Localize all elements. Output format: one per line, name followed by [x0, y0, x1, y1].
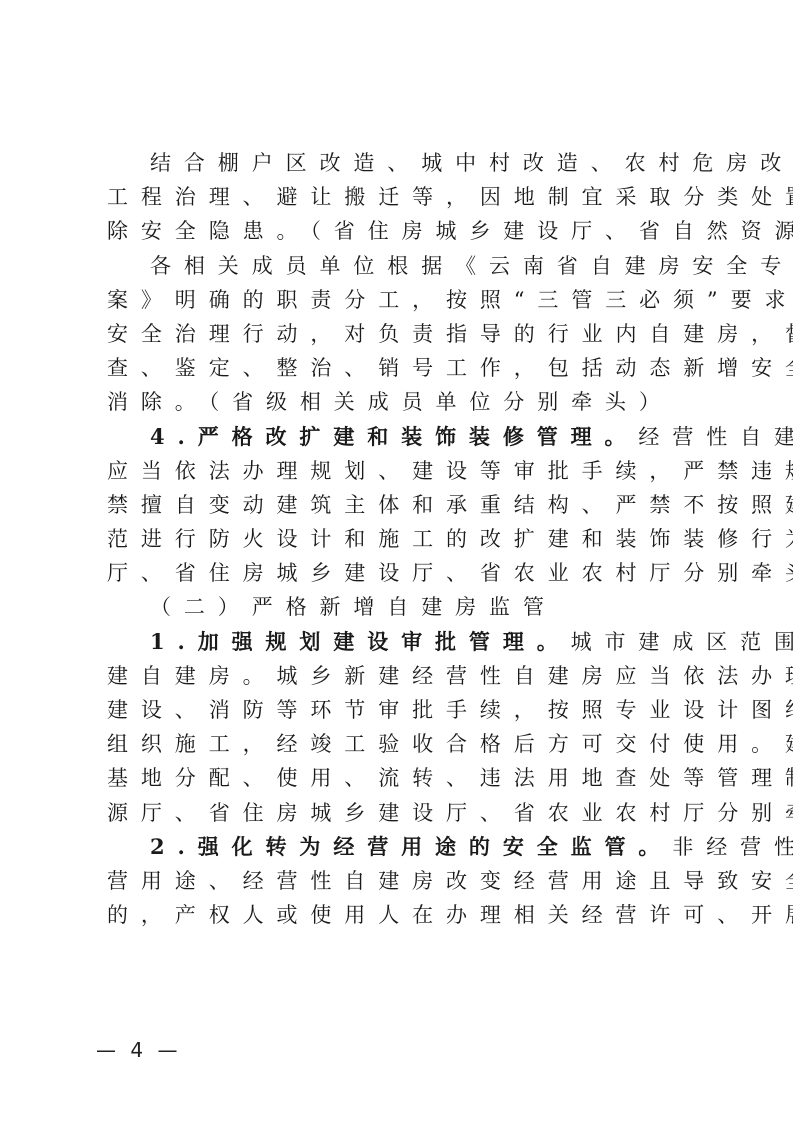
text-line: 各相关成员单位根据《云南省自建房安全专项整治实施方: [107, 249, 697, 283]
paragraph: 各相关成员单位根据《云南省自建房安全专项整治实施方 案》明确的职责分工，按照“三…: [107, 249, 697, 420]
text-line: 建设、消防等环节审批手续，按照专业设计图纸或标准设计图: [107, 693, 697, 727]
section-heading: （二）严格新增自建房监管: [107, 590, 697, 624]
paragraph-lead-heading: 2.强化转为经营用途的安全监管。: [150, 834, 672, 859]
text-line: 范进行防火设计和施工的改扩建和装饰装修行为。（省自然资源: [107, 522, 697, 556]
text-line: 的，产权人或使用人在办理相关经营许可、开展经营活动前，: [107, 898, 697, 932]
paragraph-first-line-rest: 非经营性自建房转为经: [672, 835, 793, 859]
text-line: 4.严格改扩建和装饰装修管理。经营性自建房改建、扩建，: [107, 420, 697, 454]
document-body: 结合棚户区改造、城中村改造、农村危房改造、地质灾害 工程治理、避让搬迁等，因地制…: [107, 146, 697, 932]
text-line: 源厅、省住房城乡建设厅、省农业农村厅分别牵头）: [107, 796, 697, 830]
text-line: 建自建房。城乡新建经营性自建房应当依法办理用地、规划、: [107, 659, 697, 693]
paragraph: 1.加强规划建设审批管理。城市建成区范围内严格控制新 建自建房。城乡新建经营性自…: [107, 625, 697, 830]
text-line: 除安全隐患。（省住房城乡建设厅、省自然资源厅分别牵头）: [107, 214, 697, 248]
text-line: 结合棚户区改造、城中村改造、农村危房改造、地质灾害: [107, 146, 697, 180]
text-line: 1.加强规划建设审批管理。城市建成区范围内严格控制新: [107, 625, 697, 659]
paragraph-lead-heading: 1.加强规划建设审批管理。: [150, 629, 571, 654]
text-line: 营用途、经营性自建房改变经营用途且导致安全风险隐患加大: [107, 864, 697, 898]
text-line: 工程治理、避让搬迁等，因地制宜采取分类处置措施，及时消: [107, 180, 697, 214]
text-line: 消除。（省级相关成员单位分别牵头）: [107, 385, 697, 419]
paragraph-lead-heading: 4.严格改扩建和装饰装修管理。: [150, 424, 638, 449]
text-line: 应当依法办理规划、建设等审批手续，严禁违规加层加盖，严: [107, 454, 697, 488]
text-line: 安全治理行动，对负责指导的行业内自建房，督促各地完成排: [107, 317, 697, 351]
text-line: 查、鉴定、整治、销号工作，包括动态新增安全隐患的整治与: [107, 351, 697, 385]
page-number: — 4 —: [96, 1038, 181, 1062]
text-line: 组织施工，经竣工验收合格后方可交付使用。建立健全农村宅: [107, 727, 697, 761]
paragraph: 4.严格改扩建和装饰装修管理。经营性自建房改建、扩建， 应当依法办理规划、建设等…: [107, 420, 697, 591]
paragraph: 2.强化转为经营用途的安全监管。非经营性自建房转为经 营用途、经营性自建房改变经…: [107, 830, 697, 933]
paragraph-first-line-rest: 经营性自建房改建、扩建，: [638, 425, 793, 449]
text-line: 禁擅自变动建筑主体和承重结构、严禁不按照建筑防火通用规: [107, 488, 697, 522]
text-line: 案》明确的职责分工，按照“三管三必须”要求，结合各行业: [107, 283, 697, 317]
text-line: 基地分配、使用、流转、违法用地查处等管理制度。（省自然资: [107, 761, 697, 795]
paragraph-first-line-rest: 城市建成区范围内严格控制新: [571, 630, 793, 654]
paragraph: 结合棚户区改造、城中村改造、农村危房改造、地质灾害 工程治理、避让搬迁等，因地制…: [107, 146, 697, 249]
text-line: 厅、省住房城乡建设厅、省农业农村厅分别牵头）: [107, 556, 697, 590]
text-line: 2.强化转为经营用途的安全监管。非经营性自建房转为经: [107, 830, 697, 864]
